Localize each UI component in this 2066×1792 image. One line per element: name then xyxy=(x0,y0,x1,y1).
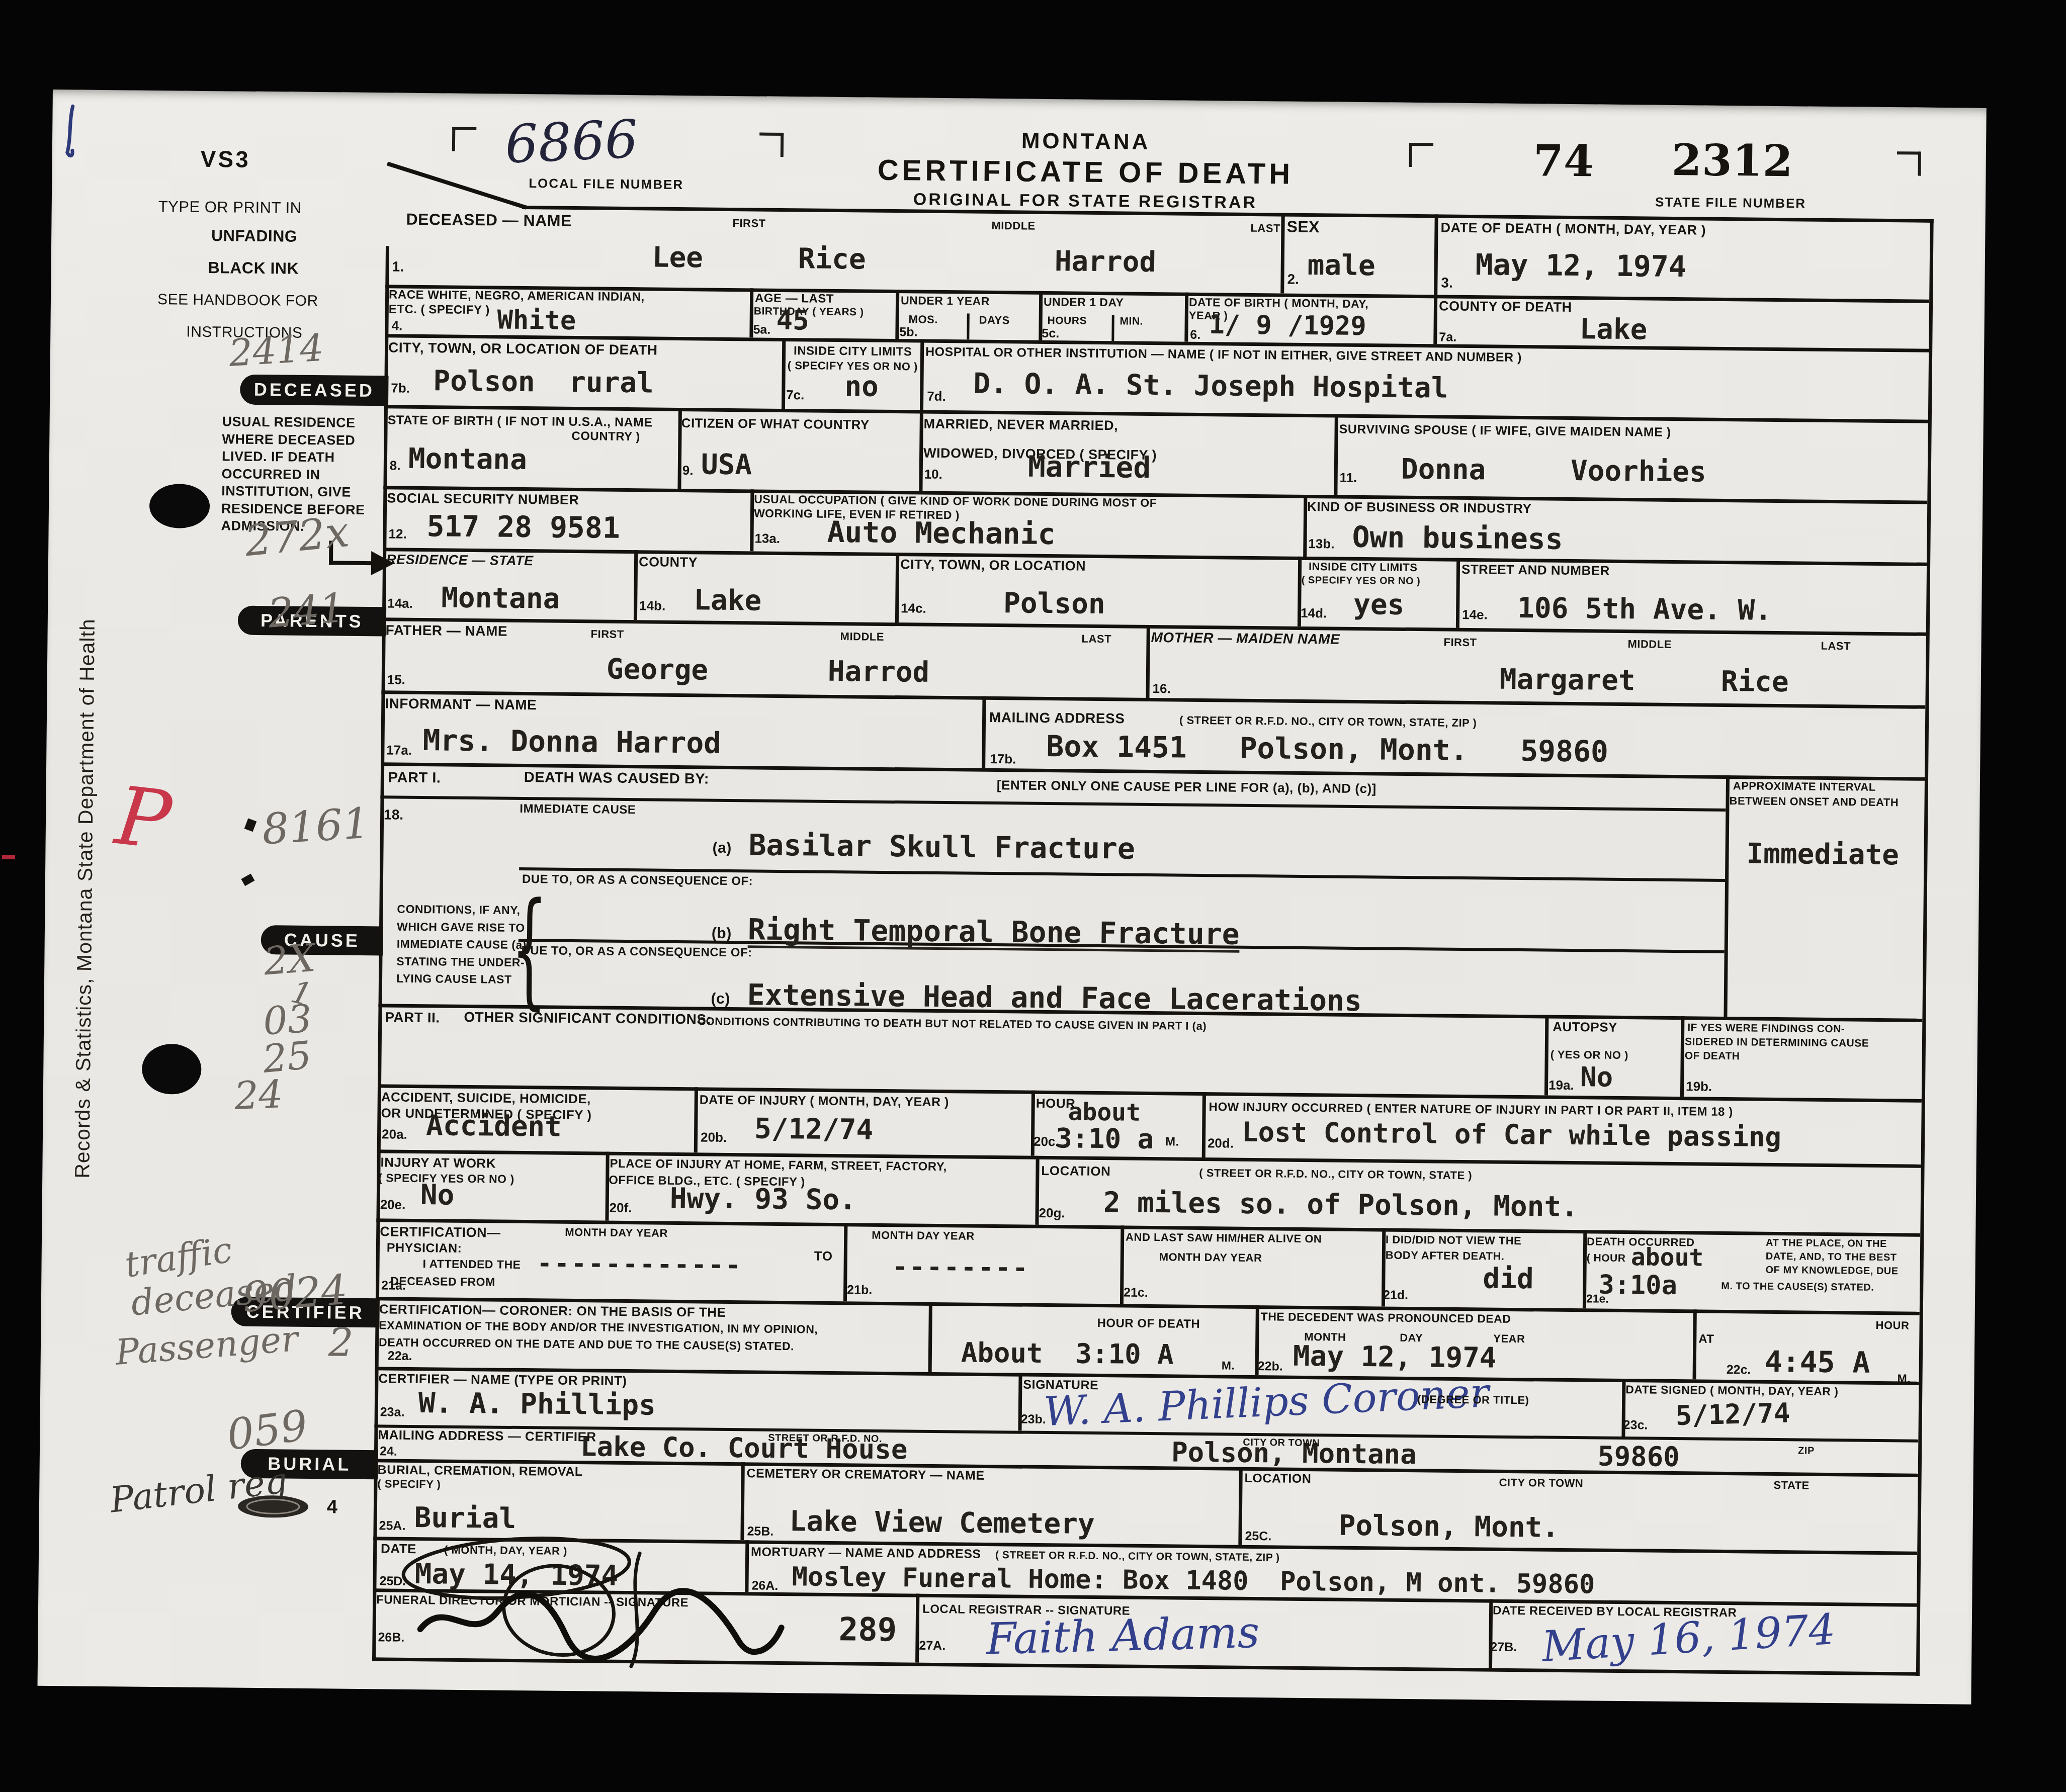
item-number-6: 6. xyxy=(1190,328,1200,342)
cause-b-value: Right Temporal Bone Fracture xyxy=(748,915,1240,948)
residence-arrow-bar xyxy=(329,561,375,565)
state-of-birth-value: Montana xyxy=(408,445,528,474)
residence-city-value: Polson xyxy=(1003,589,1105,618)
item-number-3: 3. xyxy=(1441,275,1453,291)
residence-note-l5: INSTITUTION, GIVE xyxy=(221,483,351,499)
mortuary-sublabel: ( STREET OR R.F.D. NO., CITY OR TOWN, ST… xyxy=(995,1549,1280,1564)
item-number-19b: 19b. xyxy=(1686,1079,1712,1094)
item-number-21b: 21b. xyxy=(847,1283,872,1297)
at-label: AT xyxy=(1698,1332,1714,1347)
city-or-town-sublabel: CITY OR TOWN xyxy=(1243,1437,1320,1449)
grid-line xyxy=(1303,495,1307,557)
hours-sublabel: HOURS xyxy=(1048,314,1087,327)
cause-b-letter: (b) xyxy=(712,925,732,943)
cemetery-label: CEMETERY OR CREMATORY — NAME xyxy=(746,1466,984,1483)
local-file-number-label: LOCAL FILE NUMBER xyxy=(529,175,683,193)
cert-physician-l3: I ATTENDED THE xyxy=(422,1257,521,1272)
item-number-24: 24. xyxy=(380,1444,397,1459)
residence-note-l1: USUAL RESIDENCE xyxy=(222,414,356,430)
item-number-22b: 22b. xyxy=(1258,1359,1283,1374)
burial-location-value: Polson, Mont. xyxy=(1338,1512,1559,1542)
red-edge-mark xyxy=(2,855,15,859)
residence-street-value: 106 5th Ave. W. xyxy=(1517,594,1772,625)
punch-hole-bottom xyxy=(142,1044,202,1095)
item-number-7c: 7c. xyxy=(786,387,804,403)
title-state: MONTANA xyxy=(1021,128,1151,155)
certifier-name-label: CERTIFIER — NAME (TYPE OR PRINT) xyxy=(378,1371,627,1389)
interval-a-value: Immediate xyxy=(1746,840,1899,869)
state-file-label: STATE FILE NUMBER xyxy=(1655,195,1806,212)
ssn-label: SOCIAL SECURITY NUMBER xyxy=(387,490,579,508)
margin-note-241: 241 xyxy=(267,588,346,634)
residence-state-label: RESIDENCE — STATE xyxy=(386,551,534,569)
item-number-21e: 21e. xyxy=(1586,1292,1609,1305)
grid-line xyxy=(694,1087,698,1152)
hour-value-about: about xyxy=(1068,1100,1141,1124)
item-number-13a: 13a. xyxy=(754,530,780,546)
print-instruction-line2: UNFADING xyxy=(211,226,297,246)
residence-limits-label-l2: ( SPECIFY YES OR NO ) xyxy=(1302,574,1421,587)
grid-line xyxy=(1202,1092,1206,1157)
grid-line xyxy=(782,338,786,409)
hour-m-label: M. xyxy=(1165,1135,1179,1149)
physician-date-cols: MONTH DAY YEAR xyxy=(565,1226,668,1240)
last-saw-alive-label: AND LAST SAW HIM/HER ALIVE ON xyxy=(1126,1231,1322,1246)
days-sublabel: DAYS xyxy=(979,314,1010,327)
at-hour-value: 4:45 A xyxy=(1765,1347,1870,1377)
item-number-21c: 21c. xyxy=(1124,1286,1148,1300)
state-of-birth-label-l2: COUNTRY ) xyxy=(571,429,640,444)
punch-hole-top xyxy=(149,484,210,528)
item-number-13b: 13b. xyxy=(1308,536,1334,552)
state-file-number: 2312 xyxy=(1671,134,1793,187)
pen-check-mark xyxy=(57,102,88,163)
margin-note-p: P xyxy=(112,775,175,861)
item-number-17a: 17a. xyxy=(386,742,412,758)
margin-note-2x: 2X xyxy=(263,939,317,981)
item-number-4: 4. xyxy=(391,318,402,333)
cause-a-value: Basilar Skull Fracture xyxy=(748,830,1135,863)
inside-limits-label-l1: INSIDE CITY LIMITS xyxy=(794,344,912,360)
autopsy-yes-no: ( YES OR NO ) xyxy=(1551,1048,1628,1062)
mother-first-sublabel: FIRST xyxy=(1443,636,1477,650)
autopsy-value: No xyxy=(1580,1063,1613,1091)
spouse-label: SURVIVING SPOUSE ( IF WIFE, GIVE MAIDEN … xyxy=(1339,422,1671,440)
grid-line xyxy=(1433,214,1438,344)
marital-value: Married xyxy=(1028,452,1151,482)
citizen-value: USA xyxy=(701,451,752,479)
item-number-21a: 21a. xyxy=(381,1278,406,1293)
place-of-injury-value: Hwy. 93 So. xyxy=(670,1185,856,1215)
informant-address-sublabel: ( STREET OR R.F.D. NO., CITY OR TOWN, ST… xyxy=(1179,714,1477,730)
cert-coroner-l3: DEATH OCCURRED ON THE DATE AND DUE TO TH… xyxy=(379,1335,794,1354)
location-label: LOCATION xyxy=(1041,1163,1110,1180)
citizen-label: CITIZEN OF WHAT COUNTRY xyxy=(681,415,870,433)
date-of-birth-value: 1/ 9 /1929 xyxy=(1209,312,1366,339)
part1-label: PART I. xyxy=(388,769,441,787)
months-sublabel: MOS. xyxy=(909,313,938,326)
place-of-injury-label-l1: PLACE OF INJURY AT HOME, FARM, STREET, F… xyxy=(610,1157,946,1175)
city-of-death-value: Polson rural xyxy=(433,367,654,397)
residence-note-l4: OCCURRED IN xyxy=(222,466,320,482)
conditions-l3: IMMEDIATE CAUSE (a), xyxy=(397,937,530,952)
conditions-l1: CONDITIONS, IF ANY, xyxy=(397,903,520,917)
father-first-value: George xyxy=(607,656,709,685)
middle-sublabel: MIDDLE xyxy=(991,219,1036,233)
mother-last-sublabel: LAST xyxy=(1821,640,1851,653)
item-number-14a: 14a. xyxy=(387,595,413,611)
informant-label: INFORMANT — NAME xyxy=(385,695,537,713)
item-number-25c: 25C. xyxy=(1245,1529,1271,1544)
grid-line xyxy=(1111,315,1114,341)
cause-c-value: Extensive Head and Face Lacerations xyxy=(747,980,1362,1015)
residence-city-label: CITY, TOWN, OR LOCATION xyxy=(900,556,1086,574)
pronounced-dead-label: THE DECEDENT WAS PRONOUNCED DEAD xyxy=(1261,1310,1511,1326)
item-number-20d: 20d. xyxy=(1208,1135,1234,1151)
at-hour-m: M. xyxy=(1897,1372,1911,1386)
margin-tick-mark-2 xyxy=(241,873,254,886)
item-number-2: 2. xyxy=(1287,272,1299,288)
injury-at-work-value: No xyxy=(420,1181,455,1210)
hospital-value: D. O. A. St. Joseph Hospital xyxy=(973,370,1448,403)
date-of-death-value: May 12, 1974 xyxy=(1476,250,1687,281)
photograph-of-death-certificate: VS3 TYPE OR PRINT IN UNFADING BLACK INK … xyxy=(0,0,2066,1792)
hour-of-death-label: HOUR OF DEATH xyxy=(1097,1316,1200,1332)
conditions-note: CONDITIONS, IF ANY, WHICH GAVE RISE TO I… xyxy=(396,901,531,989)
part1-enter-note: [ENTER ONLY ONE CAUSE PER LINE FOR (a), … xyxy=(997,777,1376,796)
residence-county-label: COUNTY xyxy=(639,554,698,571)
last-saw-cols: MONTH DAY YEAR xyxy=(1159,1250,1262,1265)
embossed-seal xyxy=(235,1493,311,1520)
date-of-death-label: DATE OF DEATH ( MONTH, DAY, YEAR ) xyxy=(1440,220,1706,238)
item-number-12: 12. xyxy=(388,526,406,542)
local-registrar-signature: Faith Adams xyxy=(986,1611,1260,1661)
item-number-1: 1. xyxy=(392,258,404,275)
location-value: 2 miles so. of Polson, Mont. xyxy=(1103,1189,1579,1221)
grid-line xyxy=(1724,775,1730,1017)
death-occurred-time: 3:10a xyxy=(1598,1272,1677,1299)
age-value: 45 xyxy=(776,307,809,334)
race-label-l2: ETC. ( SPECIFY ) xyxy=(389,302,490,318)
field-corner-mark xyxy=(759,132,784,156)
degree-or-title-label: (DEGREE OR TITLE) xyxy=(1417,1393,1529,1407)
residence-note-l3: LIVED. IF DEATH xyxy=(222,449,335,465)
pronounced-dead-value: May 12, 1974 xyxy=(1293,1342,1497,1373)
viewed-body-label-l2: BODY AFTER DEATH. xyxy=(1386,1249,1505,1264)
death-occurred-l5: OF MY KNOWLEDGE, DUE xyxy=(1766,1264,1899,1278)
burial-state-sublabel: STATE xyxy=(1773,1479,1810,1492)
last-sublabel: LAST xyxy=(1250,222,1280,235)
if-yes-label-l3: OF DEATH xyxy=(1685,1049,1740,1062)
business-label: KIND OF BUSINESS OR INDUSTRY xyxy=(1307,499,1532,516)
immediate-cause-label: IMMEDIATE CAUSE xyxy=(520,802,636,818)
item-number-10: 10. xyxy=(924,467,942,482)
item-number-16: 16. xyxy=(1153,681,1171,696)
grid-line xyxy=(634,550,638,620)
state-file-year: 74 xyxy=(1533,135,1594,187)
occupation-value: Auto Mechanic xyxy=(827,517,1055,549)
grid-line xyxy=(1280,213,1285,293)
death-occurred-hour-label: ( HOUR xyxy=(1587,1251,1626,1265)
residence-state-value: Montana xyxy=(441,584,560,613)
conditions-l5: LYING CAUSE LAST xyxy=(396,972,512,986)
physician-from-dashes: ------------ xyxy=(537,1250,743,1278)
deceased-middle-name: Rice xyxy=(798,245,866,274)
burial-label-l2: ( SPECIFY ) xyxy=(377,1477,441,1491)
agency-vertical-text: Records & Statistics, Montana State Depa… xyxy=(70,618,100,1179)
hour-value-time: 3:10 a xyxy=(1056,1125,1154,1153)
injury-at-work-label-l1: INJURY AT WORK xyxy=(380,1154,496,1171)
grid-line xyxy=(967,313,969,339)
field-corner-mark xyxy=(1897,151,1921,175)
item-number-14e: 14e. xyxy=(1462,607,1488,622)
item-number-20b: 20b. xyxy=(701,1129,727,1145)
field-corner-mark xyxy=(1409,143,1433,167)
margin-tick-mark xyxy=(244,818,257,832)
mother-first-value: Margaret xyxy=(1500,666,1635,695)
viewed-body-value: did xyxy=(1483,1265,1534,1293)
informant-value: Mrs. Donna Harrod xyxy=(422,726,721,758)
grid-line xyxy=(1334,414,1338,495)
burial-location-label: LOCATION xyxy=(1244,1471,1311,1486)
deceased-name-label: DECEASED — NAME xyxy=(406,210,572,231)
business-value: Own business xyxy=(1352,522,1563,554)
date-signed-label: DATE SIGNED ( MONTH, DAY, YEAR ) xyxy=(1625,1383,1838,1399)
item-number-14d: 14d. xyxy=(1301,605,1327,621)
residence-limits-value: yes xyxy=(1353,591,1405,619)
item-number-19a: 19a. xyxy=(1548,1078,1574,1093)
grid-line xyxy=(1693,1309,1697,1379)
grid-line xyxy=(1238,1467,1242,1545)
deceased-last-name: Harrod xyxy=(1055,247,1157,277)
death-occurred-l6: M. TO THE CAUSE(S) STATED. xyxy=(1721,1280,1874,1294)
death-occurred-l4: DATE, AND, TO THE BEST xyxy=(1766,1250,1897,1264)
marital-label-l1: MARRIED, NEVER MARRIED, xyxy=(924,416,1118,434)
father-middle-sublabel: MIDDLE xyxy=(840,630,884,644)
death-occurred-l3: AT THE PLACE, ON THE xyxy=(1766,1237,1887,1250)
item-number-5c: 5c. xyxy=(1042,326,1059,341)
certificate-paper: VS3 TYPE OR PRINT IN UNFADING BLACK INK … xyxy=(38,89,1987,1705)
form-code: VS3 xyxy=(200,145,250,173)
cert-coroner-l1: CERTIFICATION— CORONER: ON THE BASIS OF … xyxy=(379,1301,726,1320)
cert-physician-l1: CERTIFICATION— xyxy=(380,1223,501,1241)
physician-to-dashes: -------- xyxy=(892,1254,1029,1281)
under-1-year-label: UNDER 1 YEAR xyxy=(901,294,990,308)
cert-physician-l2: PHYSICIAN: xyxy=(387,1240,462,1256)
county-of-death-label: COUNTY OF DEATH xyxy=(1439,298,1572,315)
part2-conditions-sub: CONDITIONS CONTRIBUTING TO DEATH BUT NOT… xyxy=(698,1015,1207,1033)
item-number-18: 18. xyxy=(384,807,403,823)
accident-label-l1: ACCIDENT, SUICIDE, HOMICIDE, xyxy=(381,1089,591,1107)
grid-line xyxy=(1489,1599,1493,1668)
mother-last-value: Rice xyxy=(1721,668,1789,696)
inside-limits-value: no xyxy=(844,373,879,401)
grid-line xyxy=(928,1302,932,1372)
margin-note-24: 24 xyxy=(233,1075,284,1115)
father-last-sublabel: LAST xyxy=(1081,633,1111,646)
margin-tab-deceased: DECEASED xyxy=(240,375,389,406)
informant-address-label: MAILING ADDRESS xyxy=(989,709,1125,727)
date-of-injury-value: 5/12/74 xyxy=(754,1115,874,1144)
interval-label-l1: APPROXIMATE INTERVAL xyxy=(1733,779,1876,794)
informant-address-value: Box 1451 Polson, Mont. 59860 xyxy=(1046,732,1608,766)
item-number-23b: 23b. xyxy=(1021,1412,1046,1427)
part1-caused-by: DEATH WAS CAUSED BY: xyxy=(524,769,710,788)
hour-of-death-value: About 3:10 A xyxy=(961,1339,1174,1368)
sex-value: male xyxy=(1307,251,1375,280)
if-yes-label-l2: SIDERED IN DETERMINING CAUSE xyxy=(1685,1035,1869,1050)
physician-date-cols-2: MONTH DAY YEAR xyxy=(872,1229,975,1243)
accident-value: Accident xyxy=(426,1112,562,1141)
margin-note-passenger: Passenger xyxy=(114,1321,299,1370)
cert-physician-l4: DECEASED FROM xyxy=(390,1275,495,1290)
margin-note-2414: 2414 xyxy=(228,329,324,372)
cause-a-letter: (a) xyxy=(712,839,732,857)
viewed-body-label-l1: I DID/DID NOT VIEW THE xyxy=(1386,1233,1521,1248)
item-number-23c: 23c. xyxy=(1623,1418,1648,1432)
father-first-sublabel: FIRST xyxy=(591,628,624,641)
item-number-7a: 7a. xyxy=(1439,330,1456,344)
margin-small-4: 4 xyxy=(327,1496,338,1519)
margin-note-059: 059 xyxy=(225,1404,310,1456)
item-number-22c: 22c. xyxy=(1727,1363,1751,1377)
father-last-value: Harrod xyxy=(828,658,930,687)
burial-label-l1: BURIAL, CREMATION, REMOVAL xyxy=(378,1462,583,1479)
father-label: FATHER — NAME xyxy=(386,621,508,640)
item-number-22a: 22a. xyxy=(388,1349,412,1364)
mother-middle-sublabel: MIDDLE xyxy=(1627,638,1672,651)
grid-line xyxy=(982,696,986,768)
title-main: CERTIFICATE OF DEATH xyxy=(878,153,1294,192)
item-number-27b: 27B. xyxy=(1490,1640,1517,1655)
item-number-21d: 21d. xyxy=(1383,1288,1408,1303)
cert-coroner-l2: EXAMINATION OF THE BODY AND/OR THE INVES… xyxy=(379,1318,818,1336)
deceased-first-name: Lee xyxy=(652,243,704,272)
date-of-birth-label-l1: DATE OF BIRTH ( MONTH, DAY, xyxy=(1189,296,1368,311)
item-number-9: 9. xyxy=(682,463,694,478)
part2-label: PART II. xyxy=(385,1009,440,1026)
margin-note-8161: 8161 xyxy=(261,802,371,851)
item-number-20f: 20f. xyxy=(610,1200,632,1216)
item-number-11: 11. xyxy=(1340,470,1357,486)
under-1-day-label: UNDER 1 DAY xyxy=(1044,295,1124,310)
location-sublabel: ( STREET OR R.F.D. NO., CITY OR TOWN, ST… xyxy=(1199,1167,1472,1183)
autopsy-label: AUTOPSY xyxy=(1553,1019,1617,1035)
county-of-death-value: Lake xyxy=(1579,315,1647,344)
if-yes-label-l1: IF YES WERE FINDINGS CON- xyxy=(1687,1021,1845,1035)
conditions-l2: WHICH GAVE RISE TO xyxy=(397,920,525,934)
due-to-label-1: DUE TO, OR AS A CONSEQUENCE OF: xyxy=(522,872,753,889)
street-sublabel: STREET OR R.F.D. NO. xyxy=(768,1432,882,1445)
grid-line xyxy=(919,339,924,491)
form-border-right xyxy=(1916,219,1934,1676)
grid-line xyxy=(895,553,899,622)
item-number-20e: 20e. xyxy=(380,1197,406,1212)
grid-line xyxy=(895,290,899,339)
grid-line xyxy=(1184,293,1188,342)
mailing-certifier-label: MAILING ADDRESS — CERTIFIER xyxy=(378,1427,596,1445)
print-instruction-line1: TYPE OR PRINT IN xyxy=(158,197,302,217)
date-signed-value: 5/12/74 xyxy=(1675,1399,1790,1429)
print-instruction-line3: BLACK INK xyxy=(208,258,299,278)
sex-label: SEX xyxy=(1286,217,1320,237)
local-file-number-value: 6866 xyxy=(504,113,639,170)
race-value: White xyxy=(497,307,576,334)
item-number-14b: 14b. xyxy=(639,598,665,613)
grid-line xyxy=(1146,625,1150,698)
physician-to-label: TO xyxy=(814,1248,833,1265)
residence-limits-label-l1: INSIDE CITY LIMITS xyxy=(1309,560,1418,574)
margin-note-9024: 9024 xyxy=(241,1270,349,1319)
item-number-14c: 14c. xyxy=(901,600,926,616)
item-number-20a: 20a. xyxy=(382,1126,407,1142)
mailing-zip-value: 59860 xyxy=(1598,1443,1680,1471)
certifier-name-value: W. A. Phillips xyxy=(418,1389,656,1420)
field-corner-mark xyxy=(452,127,476,151)
grid-line xyxy=(1456,558,1460,628)
grid-line xyxy=(1680,1016,1685,1097)
first-sublabel: FIRST xyxy=(732,217,765,230)
pronounced-year: YEAR xyxy=(1493,1332,1525,1346)
margin-note-2: 2 xyxy=(328,1323,354,1362)
interval-label-l2: BETWEEN ONSET AND DEATH xyxy=(1729,794,1899,810)
hour-label-right: HOUR xyxy=(1875,1319,1909,1332)
min-sublabel: MIN. xyxy=(1120,315,1144,328)
conditions-l4: STATING THE UNDER- xyxy=(396,954,525,968)
state-of-birth-label-l1: STATE OF BIRTH ( IF NOT IN U.S.A., NAME xyxy=(388,412,653,430)
item-number-7d: 7d. xyxy=(927,389,946,404)
item-number-23a: 23a. xyxy=(380,1405,405,1419)
item-number-5b: 5b. xyxy=(899,325,917,339)
ssn-value: 517 28 9581 xyxy=(426,511,620,543)
cause-c-letter: (c) xyxy=(711,990,731,1008)
item-number-8: 8. xyxy=(390,458,401,473)
date-of-injury-label: DATE OF INJURY ( MONTH, DAY, YEAR ) xyxy=(700,1092,950,1110)
zip-sublabel: ZIP xyxy=(1798,1445,1815,1457)
spouse-value: Donna Voorhies xyxy=(1401,456,1706,487)
burial-city-sublabel: CITY OR TOWN xyxy=(1499,1476,1583,1490)
part2-conditions-label: OTHER SIGNIFICANT CONDITIONS: xyxy=(464,1009,711,1028)
item-number-5a: 5a. xyxy=(753,322,770,337)
city-of-death-label: CITY, TOWN, OR LOCATION OF DEATH xyxy=(388,339,658,359)
item-number-15: 15. xyxy=(387,672,405,687)
residence-street-label: STREET AND NUMBER xyxy=(1461,562,1610,579)
grid-line xyxy=(383,548,1927,566)
residence-note-l2: WHERE DECEASED xyxy=(222,431,355,448)
how-injury-value: Lost Control of Car while passing xyxy=(1242,1119,1781,1151)
item-number-17b: 17b. xyxy=(990,751,1016,767)
item-number-7b: 7b. xyxy=(391,380,410,396)
hour-of-death-m: M. xyxy=(1222,1359,1235,1373)
race-label-l1: RACE WHITE, NEGRO, AMERICAN INDIAN, xyxy=(389,288,645,305)
print-instruction-line4: SEE HANDBOOK FOR xyxy=(157,291,318,310)
mother-label: MOTHER — MAIDEN NAME xyxy=(1151,629,1340,648)
death-occurred-about: about xyxy=(1631,1245,1704,1270)
margin-note-272x: 272x xyxy=(243,510,351,562)
due-to-label-2: DUE TO, OR AS A CONSEQUENCE OF: xyxy=(521,944,752,960)
residence-county-value: Lake xyxy=(694,586,761,615)
item-number-20g: 20g. xyxy=(1039,1205,1065,1221)
pen-scrawls xyxy=(365,1520,970,1677)
